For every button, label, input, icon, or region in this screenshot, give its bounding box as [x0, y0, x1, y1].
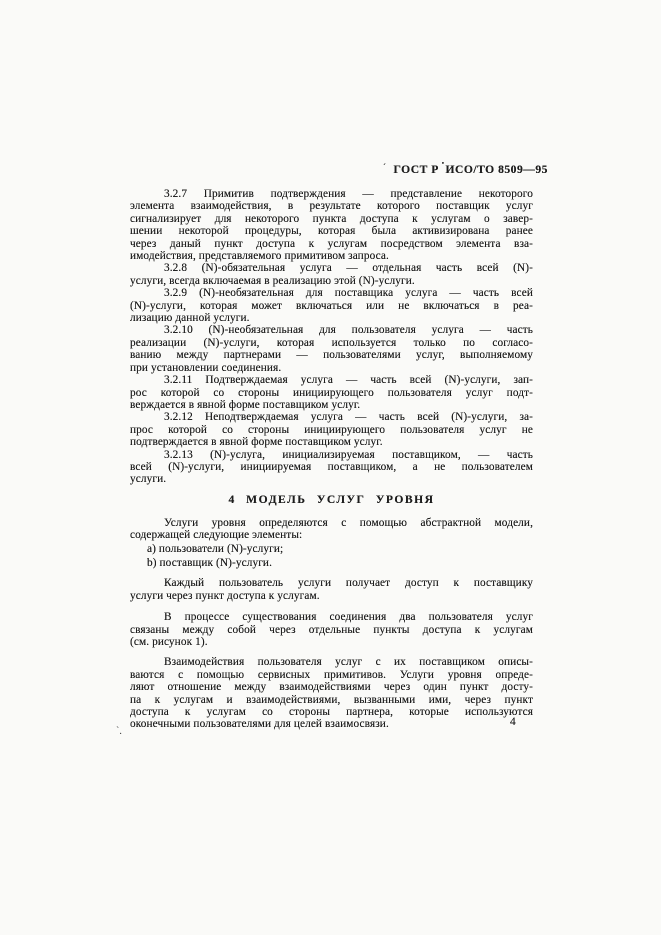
paragraph-line: связаны между собой через отдельные пунк…	[130, 624, 533, 636]
paragraph-line: 3.2.8 (N)-обязательная услуга — отдельна…	[130, 262, 533, 274]
clause-3-2-12: 3.2.12 Неподтверждаемая услуга — часть в…	[130, 411, 533, 448]
list-item-b: b) поставщик (N)-услуги.	[130, 557, 533, 569]
paragraph-line: услуги, всегда включаемая в реализацию э…	[130, 275, 533, 287]
paragraph-line: па к услугам и взаимодействиями, вызванн…	[130, 694, 533, 706]
paragraph-line: Услуги уровня определяются с помощью абс…	[130, 517, 533, 529]
clause-3-2-13: 3.2.13 (N)-услуга, инициализируемая пост…	[130, 449, 533, 486]
paragraph-line: услуги.	[130, 473, 533, 485]
paragraph-line: 3.2.9 (N)-необязательная для поставщика …	[130, 287, 533, 299]
paragraph-line: верждается в явной форме поставщиком усл…	[130, 399, 533, 411]
paragraph-line: Взаимодействия пользователя услуг с их п…	[130, 656, 533, 668]
paragraph-line: всей (N)-услуги, инициируемая поставщико…	[130, 461, 533, 473]
clause-3-2-9: 3.2.9 (N)-необязательная для поставщика …	[130, 287, 533, 324]
document-body: 3.2.7 Примитив подтверждения — представл…	[130, 188, 533, 731]
scan-artifact-tick: ˊ	[383, 162, 387, 172]
clause-3-2-11: 3.2.11 Подтверждаемая услуга — часть все…	[130, 374, 533, 411]
paragraph-line: сигнализирует для некоторого пункта дост…	[130, 213, 533, 225]
paragraph-line: услуги через пункт доступа к услугам.	[130, 590, 533, 602]
paragraph-line: 3.2.13 (N)-услуга, инициализируемая пост…	[130, 449, 533, 461]
section-4-heading: 4 МОДЕЛЬ УСЛУГ УРОВНЯ	[130, 493, 533, 506]
paragraph-line: содержащей следующие элементы:	[130, 529, 533, 541]
paragraph-line: 3.2.7 Примитив подтверждения — представл…	[130, 188, 533, 200]
clause-3-2-7: 3.2.7 Примитив подтверждения — представл…	[130, 188, 533, 262]
standard-designation-left: ГОСТ Р	[394, 163, 439, 176]
paragraph-line: прос которой со стороны инициирующего по…	[130, 424, 533, 436]
list-item-a: a) пользователи (N)-услуги;	[130, 543, 533, 555]
paragraph-line: реализации (N)-услуги, которая используе…	[130, 337, 533, 349]
paragraph-line: оконечными пользователями для целей взаи…	[130, 718, 533, 730]
paragraph-line: шении некоторой процедуры, которая была …	[130, 225, 533, 237]
paragraph-line: 3.2.10 (N)-необязательная для пользовате…	[130, 324, 533, 336]
intro-paragraph: Услуги уровня определяются с помощью абс…	[130, 517, 533, 542]
paragraph-line: элемента взаимодействия, в результате ко…	[130, 200, 533, 212]
running-header: ˊГОСТ Р•ИСО/ТО 8509—95	[383, 163, 548, 176]
paragraph-line: Каждый пользователь услуги получает дост…	[130, 577, 533, 589]
clause-3-2-8: 3.2.8 (N)-обязательная услуга — отдельна…	[130, 262, 533, 287]
paragraph-line: лизацию данной услуги.	[130, 312, 533, 324]
paragraph-line: подтверждается в явной форме поставщиком…	[130, 436, 533, 448]
paragraph-line: при установлении соединения.	[130, 362, 533, 374]
paragraph-line: ванию между партнерами — пользователями …	[130, 349, 533, 361]
paragraph-line: (см. рисунок 1).	[130, 636, 533, 648]
scan-artifact-dot: •	[442, 161, 445, 167]
paragraph-line: через даный пункт доступа к услугам поср…	[130, 238, 533, 250]
paragraph-line: (N)-услуги, которая может включаться или…	[130, 300, 533, 312]
paragraph-line: ляют отношение между взаимодействиями че…	[130, 681, 533, 693]
scan-artifact-footer: ˋ.	[116, 726, 122, 737]
paragraph-line: 3.2.12 Неподтверждаемая услуга — часть в…	[130, 411, 533, 423]
paragraph-access: Каждый пользователь услуги получает дост…	[130, 577, 533, 602]
paragraph-interactions: Взаимодействия пользователя услуг с их п…	[130, 656, 533, 730]
paragraph-line: доступа к услугам со стороны партнера, к…	[130, 706, 533, 718]
paragraph-line: 3.2.11 Подтверждаемая услуга — часть все…	[130, 374, 533, 386]
scanned-document-page: ˊГОСТ Р•ИСО/ТО 8509—95 3.2.7 Примитив по…	[0, 0, 661, 935]
page-number: 4	[510, 716, 516, 728]
paragraph-connection: В процессе существования соединения два …	[130, 611, 533, 648]
paragraph-line: В процессе существования соединения два …	[130, 611, 533, 623]
standard-designation-right: ИСО/ТО 8509—95	[445, 163, 548, 176]
paragraph-line: имодействия, представляемого примитивом …	[130, 250, 533, 262]
paragraph-line: рос которой со стороны инициирующего пол…	[130, 387, 533, 399]
paragraph-line: ваются с помощью сервисных примитивов. У…	[130, 669, 533, 681]
clause-3-2-10: 3.2.10 (N)-необязательная для пользовате…	[130, 324, 533, 374]
